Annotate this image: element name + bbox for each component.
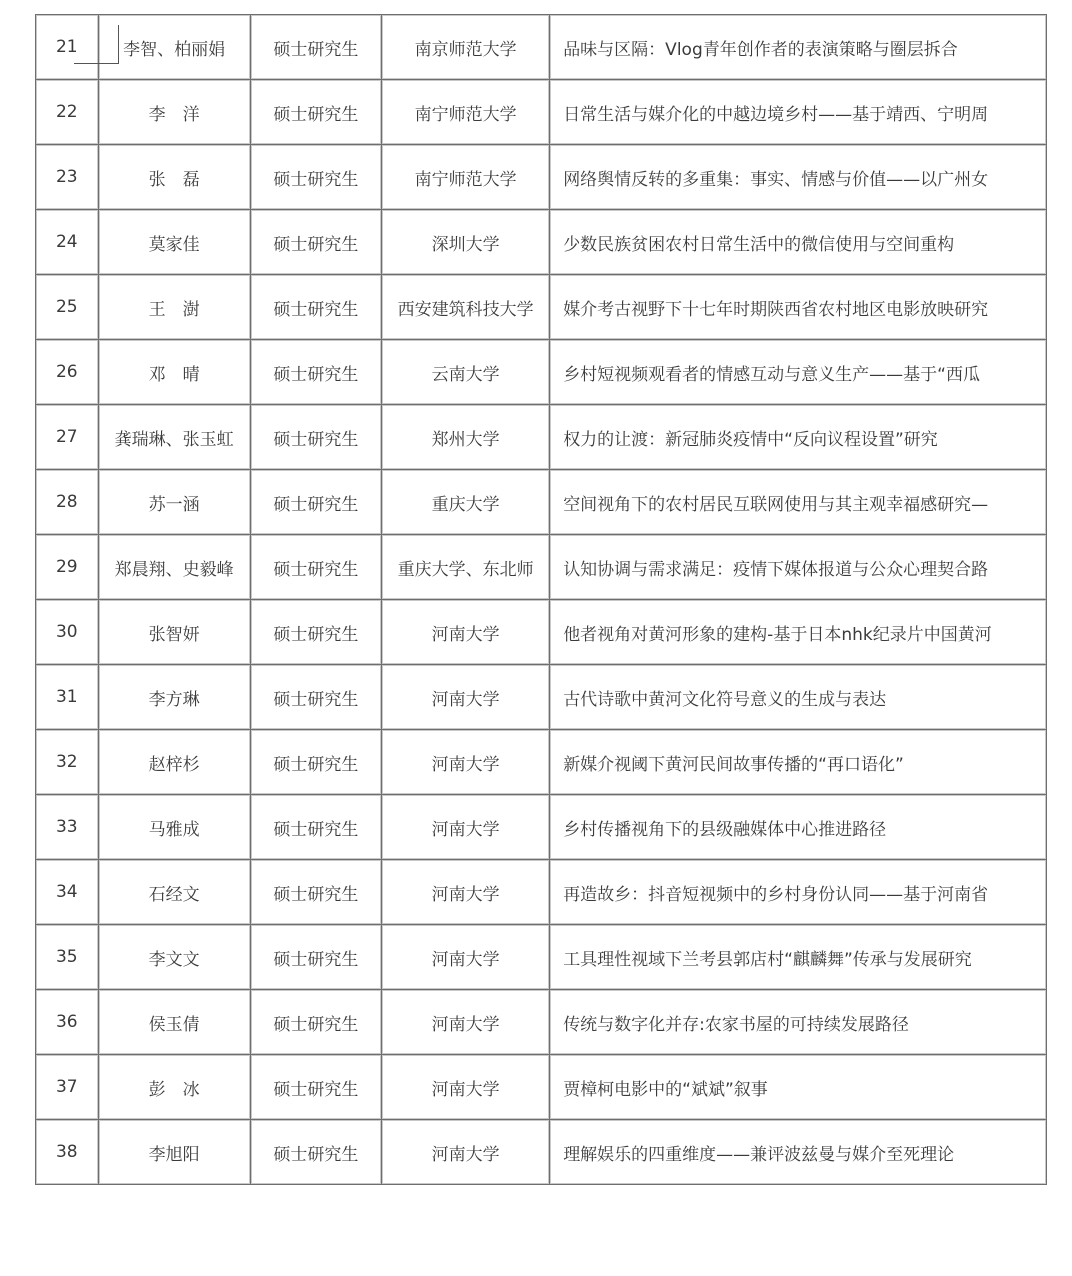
- table-row: 22 李 洋 硕士研究生 南宁师范大学 日常生活与媒介化的中越边境乡村——基于靖…: [36, 80, 1047, 145]
- cell-degree: 硕士研究生: [251, 1055, 382, 1120]
- cell-university: 河南大学: [382, 795, 550, 860]
- cell-university: 河南大学: [382, 665, 550, 730]
- cell-paper-title: 工具理性视域下兰考县郭店村“麒麟舞”传承与发展研究: [550, 925, 1047, 990]
- cell-paper-title: 再造故乡：抖音短视频中的乡村身份认同——基于河南省: [550, 860, 1047, 925]
- cell-degree: 硕士研究生: [251, 210, 382, 275]
- cell-university: 河南大学: [382, 600, 550, 665]
- cell-paper-title: 空间视角下的农村居民互联网使用与其主观幸福感研究—: [550, 470, 1047, 535]
- cell-university: 河南大学: [382, 990, 550, 1055]
- cell-degree: 硕士研究生: [251, 795, 382, 860]
- cell-number: 29: [36, 535, 99, 600]
- cell-degree: 硕士研究生: [251, 405, 382, 470]
- cell-university: 南宁师范大学: [382, 145, 550, 210]
- cell-university: 西安建筑科技大学: [382, 275, 550, 340]
- cell-university: 河南大学: [382, 925, 550, 990]
- cell-number: 34: [36, 860, 99, 925]
- cell-university: 深圳大学: [382, 210, 550, 275]
- cell-paper-title: 日常生活与媒介化的中越边境乡村——基于靖西、宁明周: [550, 80, 1047, 145]
- table-row: 34 石经文 硕士研究生 河南大学 再造故乡：抖音短视频中的乡村身份认同——基于…: [36, 860, 1047, 925]
- cell-author-name: 李智、柏丽娟: [99, 15, 251, 80]
- cell-paper-title: 他者视角对黄河形象的建构-基于日本nhk纪录片中国黄河: [550, 600, 1047, 665]
- cell-author-name: 张智妍: [99, 600, 251, 665]
- cell-author-name: 侯玉倩: [99, 990, 251, 1055]
- cell-university: 重庆大学、东北师: [382, 535, 550, 600]
- table-row: 29 郑晨翔、史毅峰 硕士研究生 重庆大学、东北师 认知协调与需求满足：疫情下媒…: [36, 535, 1047, 600]
- cell-degree: 硕士研究生: [251, 730, 382, 795]
- cell-author-name: 莫家佳: [99, 210, 251, 275]
- cell-degree: 硕士研究生: [251, 925, 382, 990]
- cell-number: 33: [36, 795, 99, 860]
- table-row: 21 李智、柏丽娟 硕士研究生 南京师范大学 品味与区隔：Vlog青年创作者的表…: [36, 15, 1047, 80]
- table-row: 32 赵梓杉 硕士研究生 河南大学 新媒介视阈下黄河民间故事传播的“再口语化”: [36, 730, 1047, 795]
- cell-author-name: 李方琳: [99, 665, 251, 730]
- cell-university: 河南大学: [382, 730, 550, 795]
- cell-paper-title: 网络舆情反转的多重集：事实、情感与价值——以广州女: [550, 145, 1047, 210]
- table-row: 38 李旭阳 硕士研究生 河南大学 理解娱乐的四重维度——兼评波兹曼与媒介至死理…: [36, 1120, 1047, 1185]
- cell-paper-title: 少数民族贫困农村日常生活中的微信使用与空间重构: [550, 210, 1047, 275]
- cell-number: 27: [36, 405, 99, 470]
- cell-author-name: 李文文: [99, 925, 251, 990]
- cell-paper-title: 认知协调与需求满足：疫情下媒体报道与公众心理契合路: [550, 535, 1047, 600]
- cell-author-name: 郑晨翔、史毅峰: [99, 535, 251, 600]
- cell-author-name: 李旭阳: [99, 1120, 251, 1185]
- cell-university: 河南大学: [382, 1055, 550, 1120]
- cell-author-name: 王 澍: [99, 275, 251, 340]
- cell-paper-title: 新媒介视阈下黄河民间故事传播的“再口语化”: [550, 730, 1047, 795]
- cell-number: 38: [36, 1120, 99, 1185]
- cell-number: 31: [36, 665, 99, 730]
- cell-number: 21: [36, 15, 99, 80]
- table-row: 26 邓 晴 硕士研究生 云南大学 乡村短视频观看者的情感互动与意义生产——基于…: [36, 340, 1047, 405]
- cell-paper-title: 贾樟柯电影中的“斌斌”叙事: [550, 1055, 1047, 1120]
- cell-number: 32: [36, 730, 99, 795]
- cell-degree: 硕士研究生: [251, 1120, 382, 1185]
- cell-degree: 硕士研究生: [251, 145, 382, 210]
- table-row: 35 李文文 硕士研究生 河南大学 工具理性视域下兰考县郭店村“麒麟舞”传承与发…: [36, 925, 1047, 990]
- cell-number: 24: [36, 210, 99, 275]
- cell-university: 河南大学: [382, 860, 550, 925]
- cell-author-name: 苏一涵: [99, 470, 251, 535]
- cell-degree: 硕士研究生: [251, 860, 382, 925]
- cell-university: 河南大学: [382, 1120, 550, 1185]
- cell-degree: 硕士研究生: [251, 340, 382, 405]
- cell-university: 云南大学: [382, 340, 550, 405]
- table-row: 31 李方琳 硕士研究生 河南大学 古代诗歌中黄河文化符号意义的生成与表达: [36, 665, 1047, 730]
- cell-paper-title: 传统与数字化并存:农家书屋的可持续发展路径: [550, 990, 1047, 1055]
- table-row: 36 侯玉倩 硕士研究生 河南大学 传统与数字化并存:农家书屋的可持续发展路径: [36, 990, 1047, 1055]
- cell-author-name: 石经文: [99, 860, 251, 925]
- cell-degree: 硕士研究生: [251, 990, 382, 1055]
- results-table: 21 李智、柏丽娟 硕士研究生 南京师范大学 品味与区隔：Vlog青年创作者的表…: [35, 14, 1047, 1185]
- table-body: 21 李智、柏丽娟 硕士研究生 南京师范大学 品味与区隔：Vlog青年创作者的表…: [36, 15, 1047, 1185]
- cell-paper-title: 品味与区隔：Vlog青年创作者的表演策略与圈层拆合: [550, 15, 1047, 80]
- cell-number: 25: [36, 275, 99, 340]
- cell-degree: 硕士研究生: [251, 470, 382, 535]
- cell-paper-title: 乡村传播视角下的县级融媒体中心推进路径: [550, 795, 1047, 860]
- cell-degree: 硕士研究生: [251, 80, 382, 145]
- table-row: 27 龚瑞琳、张玉虹 硕士研究生 郑州大学 权力的让渡：新冠肺炎疫情中“反向议程…: [36, 405, 1047, 470]
- cell-number: 26: [36, 340, 99, 405]
- table-row: 28 苏一涵 硕士研究生 重庆大学 空间视角下的农村居民互联网使用与其主观幸福感…: [36, 470, 1047, 535]
- cell-paper-title: 乡村短视频观看者的情感互动与意义生产——基于“西瓜: [550, 340, 1047, 405]
- cell-university: 重庆大学: [382, 470, 550, 535]
- cell-university: 郑州大学: [382, 405, 550, 470]
- cell-number: 28: [36, 470, 99, 535]
- cell-author-name: 邓 晴: [99, 340, 251, 405]
- cell-number: 30: [36, 600, 99, 665]
- cell-university: 南宁师范大学: [382, 80, 550, 145]
- cell-degree: 硕士研究生: [251, 15, 382, 80]
- cell-paper-title: 媒介考古视野下十七年时期陕西省农村地区电影放映研究: [550, 275, 1047, 340]
- cell-degree: 硕士研究生: [251, 535, 382, 600]
- cell-paper-title: 权力的让渡：新冠肺炎疫情中“反向议程设置”研究: [550, 405, 1047, 470]
- cell-number: 36: [36, 990, 99, 1055]
- cell-author-name: 赵梓杉: [99, 730, 251, 795]
- cell-number: 37: [36, 1055, 99, 1120]
- table-row: 33 马雅成 硕士研究生 河南大学 乡村传播视角下的县级融媒体中心推进路径: [36, 795, 1047, 860]
- cell-degree: 硕士研究生: [251, 275, 382, 340]
- cell-author-name: 龚瑞琳、张玉虹: [99, 405, 251, 470]
- cell-number: 35: [36, 925, 99, 990]
- cell-number: 22: [36, 80, 99, 145]
- table-row: 25 王 澍 硕士研究生 西安建筑科技大学 媒介考古视野下十七年时期陕西省农村地…: [36, 275, 1047, 340]
- cell-number: 23: [36, 145, 99, 210]
- cell-paper-title: 古代诗歌中黄河文化符号意义的生成与表达: [550, 665, 1047, 730]
- cell-author-name: 彭 冰: [99, 1055, 251, 1120]
- table-row: 24 莫家佳 硕士研究生 深圳大学 少数民族贫困农村日常生活中的微信使用与空间重…: [36, 210, 1047, 275]
- table-row: 37 彭 冰 硕士研究生 河南大学 贾樟柯电影中的“斌斌”叙事: [36, 1055, 1047, 1120]
- cell-degree: 硕士研究生: [251, 665, 382, 730]
- cell-author-name: 张 磊: [99, 145, 251, 210]
- cell-paper-title: 理解娱乐的四重维度——兼评波兹曼与媒介至死理论: [550, 1120, 1047, 1185]
- table-row: 23 张 磊 硕士研究生 南宁师范大学 网络舆情反转的多重集：事实、情感与价值—…: [36, 145, 1047, 210]
- cell-author-name: 李 洋: [99, 80, 251, 145]
- cell-degree: 硕士研究生: [251, 600, 382, 665]
- cell-author-name: 马雅成: [99, 795, 251, 860]
- table-row: 30 张智妍 硕士研究生 河南大学 他者视角对黄河形象的建构-基于日本nhk纪录…: [36, 600, 1047, 665]
- cell-university: 南京师范大学: [382, 15, 550, 80]
